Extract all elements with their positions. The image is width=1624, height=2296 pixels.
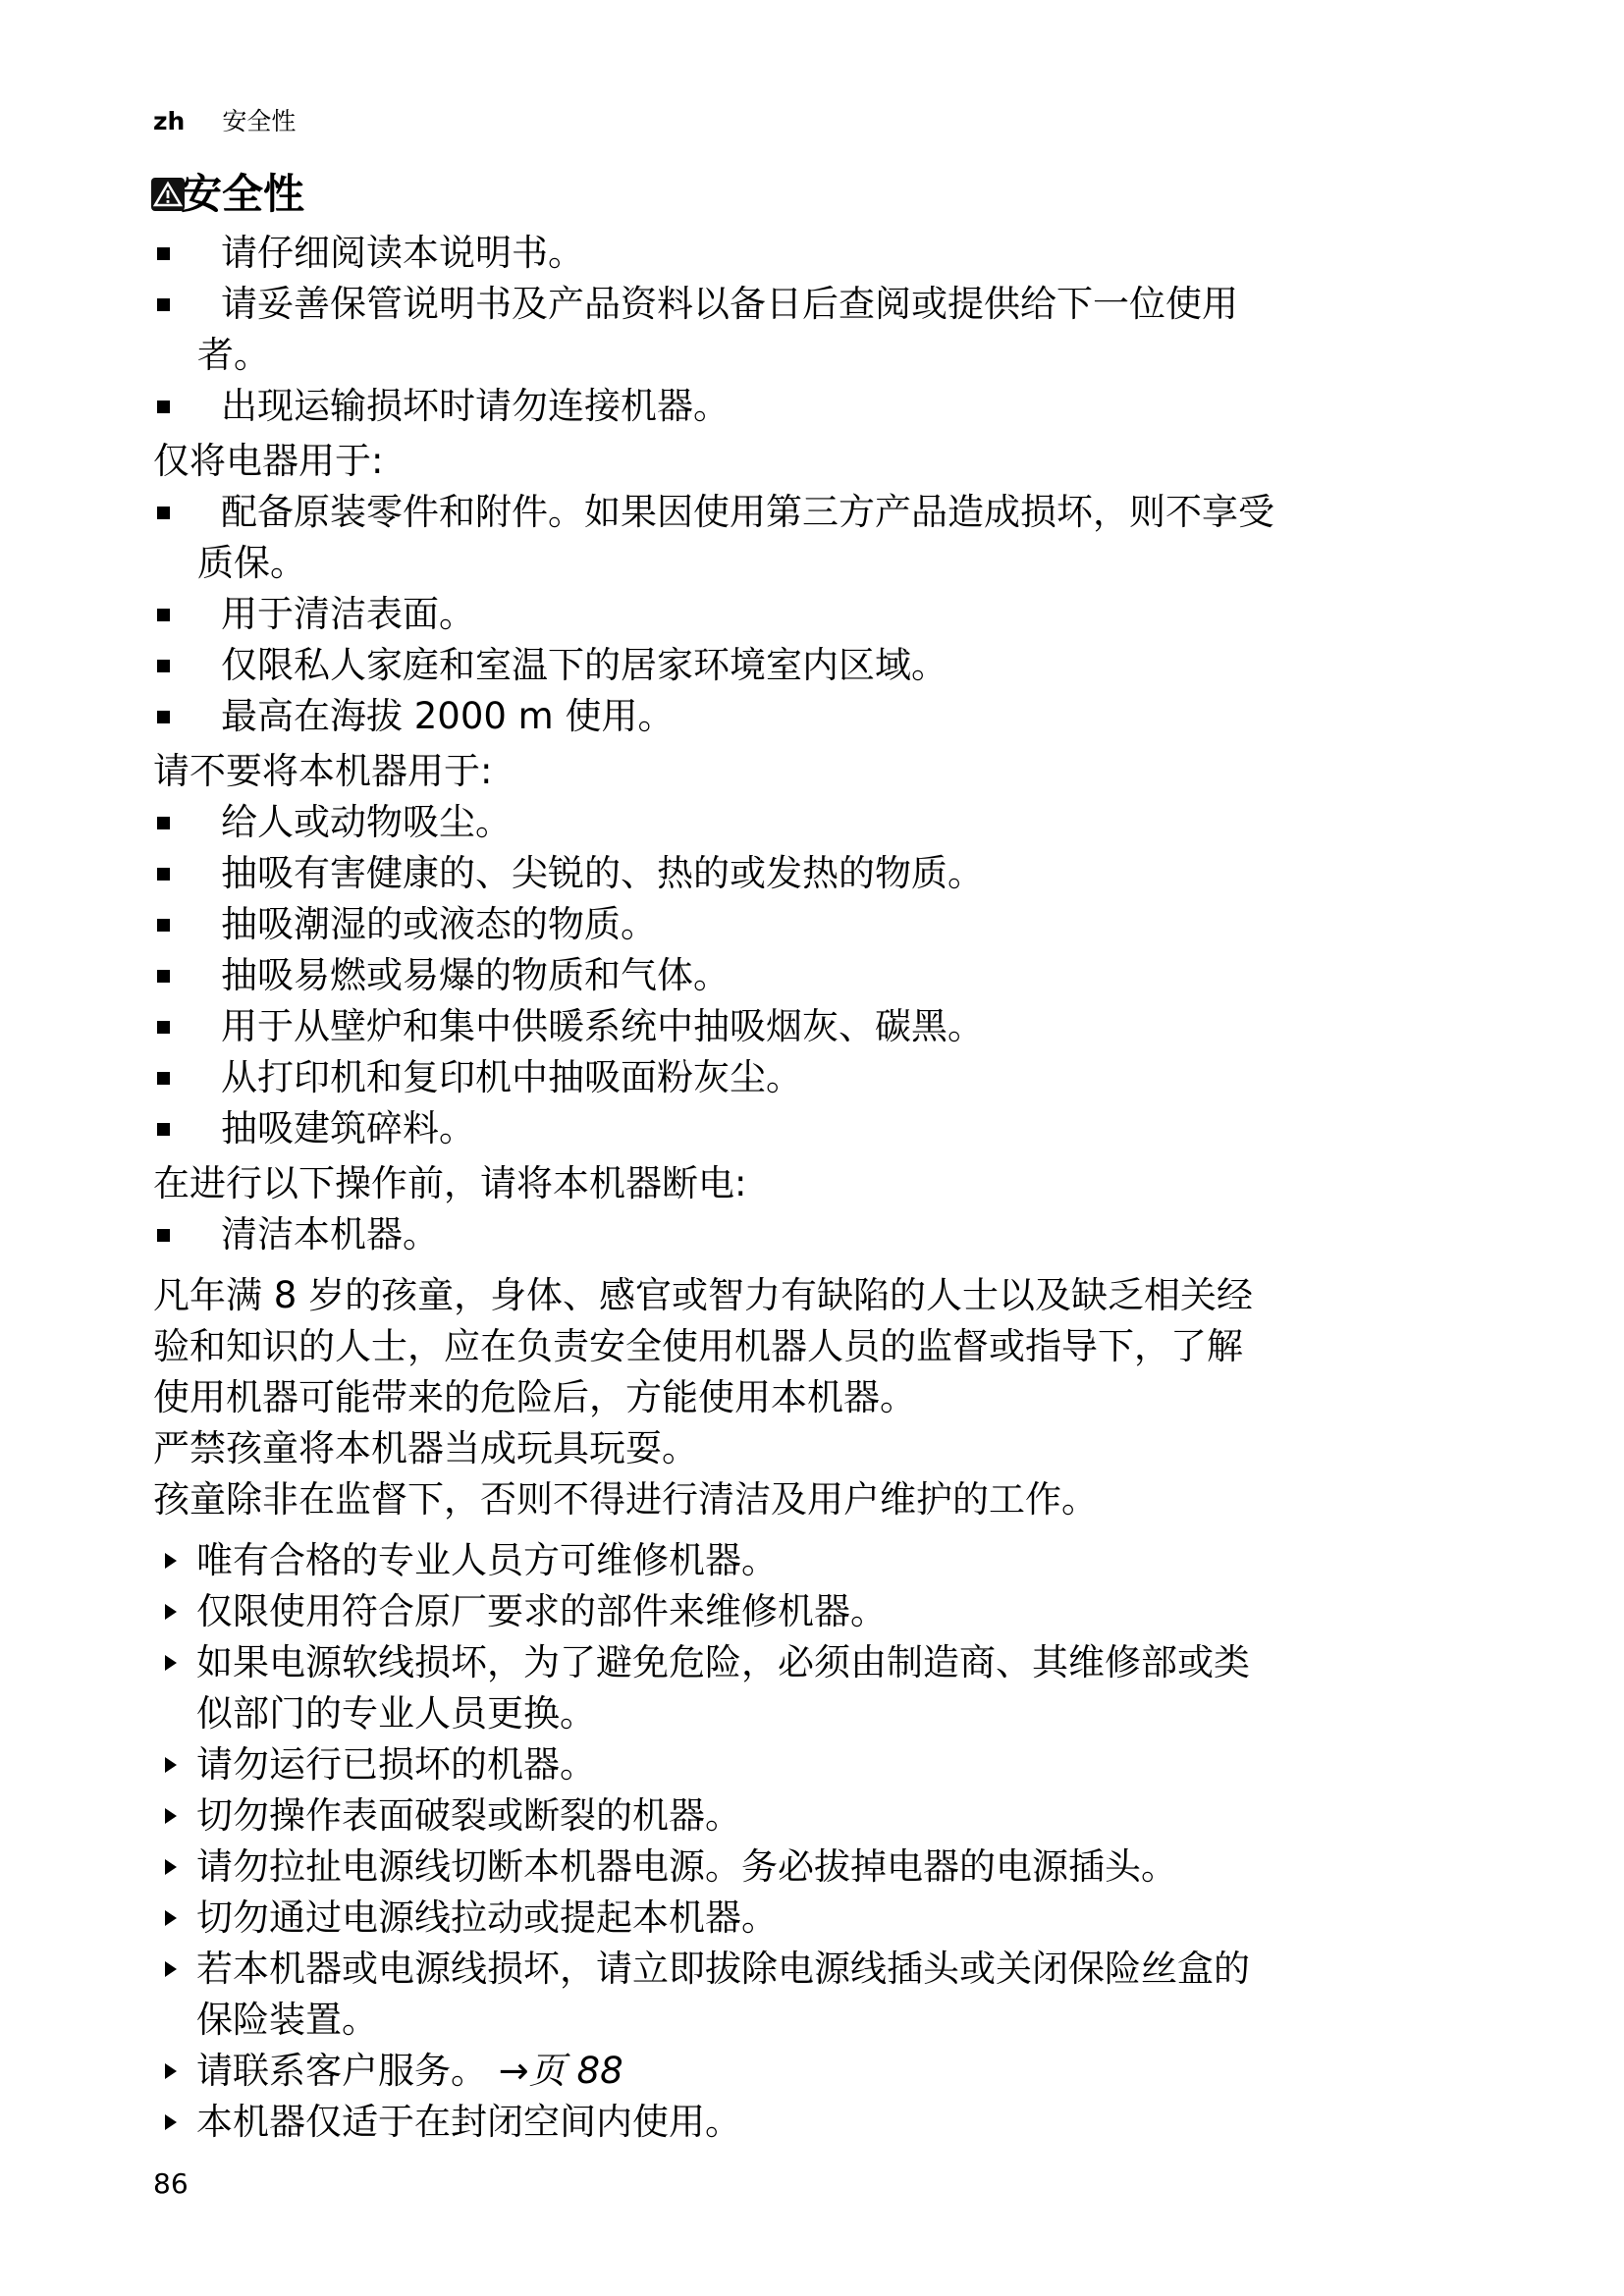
list-item: 从打印机和复印机中抽吸面粉灰尘。 [153, 1052, 1508, 1103]
instruction-item: 若本机器或电源线损坏，请立即拔除电源线插头或关闭保险丝盒的保险装置。 [153, 1944, 1508, 2046]
header-section-title: 安全性 [222, 107, 296, 135]
list-item: 最高在海拔 2000 m 使用。 [153, 691, 1508, 742]
list-item: 抽吸建筑碎料。 [153, 1103, 1508, 1154]
instruction-item: 请勿拉扯电源线切断本机器电源。务必拔掉电器的电源插头。 [153, 1842, 1508, 1893]
children-warning: 凡年满 8 岁的孩童，身体、感官或智力有缺陷的人士以及缺乏相关经 验和知识的人士… [153, 1270, 1508, 1525]
instruction-item: 本机器仅适于在封闭空间内使用。 [153, 2097, 1508, 2148]
running-header: zh 安全性 [153, 104, 296, 139]
page-number: 86 [153, 2167, 189, 2200]
list-item: 给人或动物吸尘。 [153, 797, 1508, 848]
do-not-use-heading: 请不要将本机器用于: [153, 746, 1508, 797]
instruction-item: 唯有合格的专业人员方可维修机器。 [153, 1535, 1508, 1586]
instruction-item: 切勿操作表面破裂或断裂的机器。 [153, 1790, 1508, 1842]
page-title: 安全性 [151, 167, 304, 222]
instruction-item: 仅限使用符合原厂要求的部件来维修机器。 [153, 1586, 1508, 1637]
instruction-item: 切勿通过电源线拉动或提起本机器。 [153, 1893, 1508, 1944]
safety-content: 请仔细阅读本说明书。 请妥善保管说明书及产品资料以备日后查阅或提供给下一位使用者… [153, 228, 1508, 2148]
list-item: 抽吸潮湿的或液态的物质。 [153, 899, 1508, 950]
instruction-item: 请联系客户服务。 →页 88 [153, 2046, 1508, 2097]
list-item: 抽吸易燃或易爆的物质和气体。 [153, 950, 1508, 1001]
list-item: 请仔细阅读本说明书。 [153, 228, 1508, 279]
list-item: 清洁本机器。 [153, 1209, 1508, 1260]
use-only-heading: 仅将电器用于: [153, 436, 1508, 487]
instruction-item: 请勿运行已损坏的机器。 [153, 1739, 1508, 1790]
list-item: 用于清洁表面。 [153, 589, 1508, 640]
list-item: 请妥善保管说明书及产品资料以备日后查阅或提供给下一位使用者。 [153, 279, 1508, 381]
instruction-item: 如果电源软线损坏，为了避免危险，必须由制造商、其维修部或类似部门的专业人员更换。 [153, 1637, 1508, 1739]
title-text: 安全性 [181, 167, 304, 222]
list-item: 用于从壁炉和集中供暖系统中抽吸烟灰、碳黑。 [153, 1001, 1508, 1052]
list-item: 配备原装零件和附件。如果因使用第三方产品造成损坏，则不享受质保。 [153, 487, 1508, 589]
warning-icon [151, 178, 185, 211]
disconnect-heading: 在进行以下操作前，请将本机器断电: [153, 1158, 1508, 1209]
list-item: 仅限私人家庭和室温下的居家环境室内区域。 [153, 640, 1508, 691]
page-reference-link[interactable]: →页 88 [499, 2050, 623, 2092]
list-item: 抽吸有害健康的、尖锐的、热的或发热的物质。 [153, 848, 1508, 899]
list-item: 出现运输损坏时请勿连接机器。 [153, 381, 1508, 432]
language-code: zh [153, 107, 185, 135]
